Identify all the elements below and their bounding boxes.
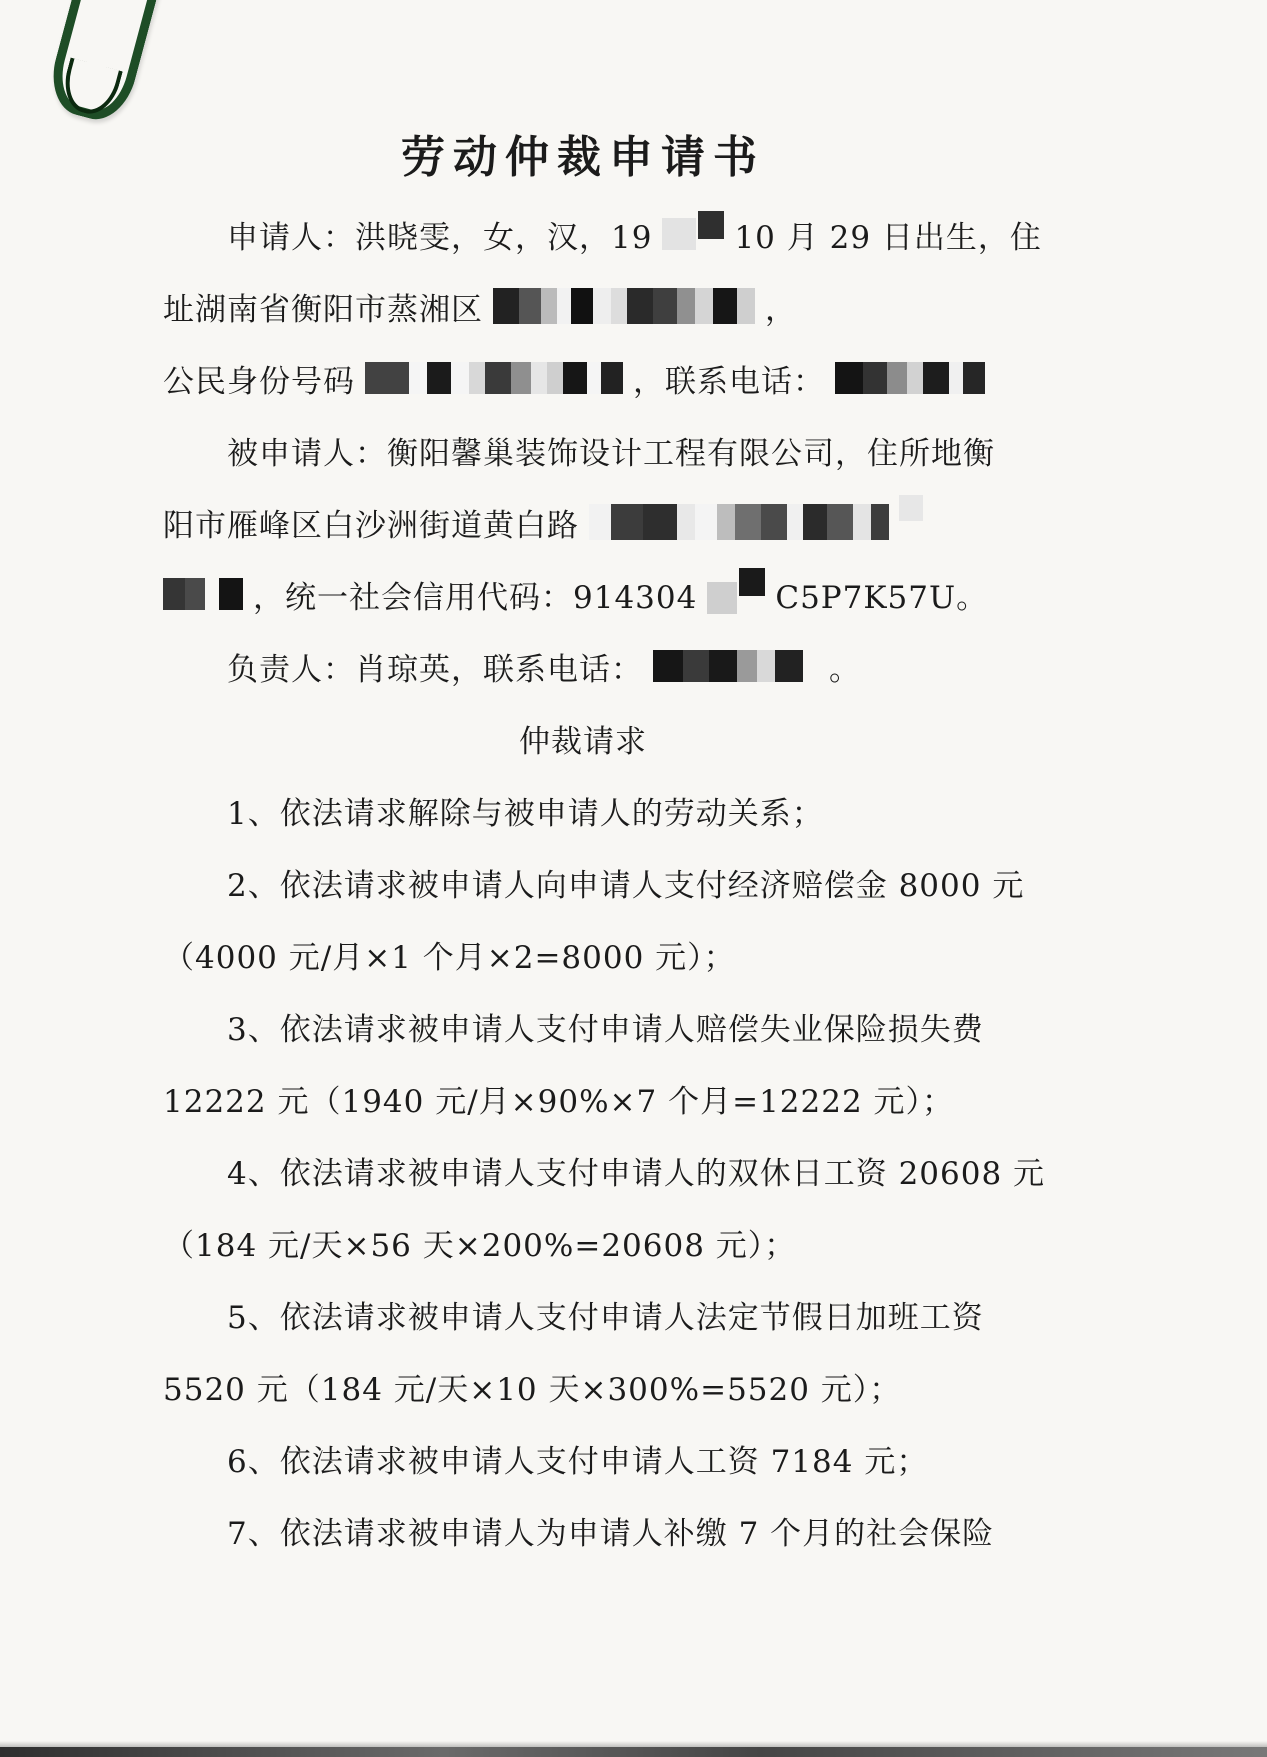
section-heading: 仲裁请求 — [163, 702, 1003, 774]
claim-4-line-1: 4、依法请求被申请人支付申请人的双休日工资 20608 元 — [163, 1134, 1003, 1206]
claim-text: 6、依法请求被申请人支付申请人工资 7184 元； — [227, 1436, 928, 1481]
text-segment: 申请人：洪晓雯，女，汉，19 — [227, 212, 652, 257]
claim-2-line-1: 2、依法请求被申请人向申请人支付经济赔偿金 8000 元 — [163, 846, 1003, 918]
redaction-company-address-block — [589, 504, 889, 540]
claim-4-line-2: （184 元/天×56 天×200%=20608 元）； — [163, 1206, 1003, 1278]
redaction-credit-code-block-light — [707, 582, 737, 614]
claim-1-line-1: 1、依法请求解除与被申请人的劳动关系； — [163, 774, 1003, 846]
redaction-birth-year-block-dark — [698, 211, 724, 239]
text-segment: 址湖南省衡阳市蒸湘区 — [163, 284, 483, 329]
scanned-document-page: 劳动仲裁申请书 申请人：洪晓雯，女，汉，19 10 月 29 日出生，住 址湖南… — [0, 0, 1267, 1757]
claim-6-line-1: 6、依法请求被申请人支付申请人工资 7184 元； — [163, 1422, 1003, 1494]
claim-text: 4、依法请求被申请人支付申请人的双休日工资 20608 元 — [227, 1148, 1045, 1193]
claim-2-line-2: （4000 元/月×1 个月×2=8000 元）； — [163, 918, 1003, 990]
claim-text: 7、依法请求被申请人为申请人补缴 7 个月的社会保险 — [227, 1508, 994, 1553]
section-heading-text: 仲裁请求 — [519, 716, 647, 761]
redaction-address-tail-block-dark — [219, 578, 243, 610]
text-segment: C5P7K57U。 — [775, 572, 988, 617]
claim-text: 5520 元（184 元/天×10 天×300%=5520 元）； — [163, 1364, 901, 1409]
respondent-line-2: 阳市雁峰区白沙洲街道黄白路 — [163, 486, 1003, 558]
text-segment: 负责人：肖琼英，联系电话： — [227, 644, 643, 689]
claim-text: 12222 元（1940 元/月×90%×7 个月=12222 元）； — [163, 1076, 954, 1121]
claim-5-line-2: 5520 元（184 元/天×10 天×300%=5520 元）； — [163, 1350, 1003, 1422]
redaction-address-block — [493, 288, 755, 324]
claim-7-line-1: 7、依法请求被申请人为申请人补缴 7 个月的社会保险 — [163, 1494, 1003, 1566]
claim-text: 1、依法请求解除与被申请人的劳动关系； — [227, 788, 824, 833]
applicant-line-2: 址湖南省衡阳市蒸湘区 ， — [163, 270, 1003, 342]
redaction-credit-code-block-dark — [739, 568, 765, 596]
applicant-line-1: 申请人：洪晓雯，女，汉，19 10 月 29 日出生，住 — [163, 198, 1003, 270]
document-title: 劳动仲裁申请书 — [163, 118, 1003, 188]
redaction-company-address-block-raised — [899, 495, 923, 521]
claim-text: （184 元/天×56 天×200%=20608 元）； — [163, 1220, 796, 1265]
claim-3-line-1: 3、依法请求被申请人支付申请人赔偿失业保险损失费 — [163, 990, 1003, 1062]
text-segment: ，统一社会信用代码：914304 — [253, 572, 697, 617]
applicant-line-3: 公民身份号码 ，联系电话： — [163, 342, 1003, 414]
redaction-principal-phone-block — [653, 650, 803, 682]
claim-5-line-1: 5、依法请求被申请人支付申请人法定节假日加班工资 — [163, 1278, 1003, 1350]
claim-3-line-2: 12222 元（1940 元/月×90%×7 个月=12222 元）； — [163, 1062, 1003, 1134]
text-segment: 。 — [829, 644, 861, 689]
text-segment: ，联系电话： — [633, 356, 825, 401]
claim-text: （4000 元/月×1 个月×2=8000 元）； — [163, 932, 736, 977]
text-segment: 公民身份号码 — [163, 356, 355, 401]
text-segment: ， — [765, 284, 797, 329]
scan-bottom-edge — [0, 1747, 1267, 1757]
redaction-address-tail-block — [163, 578, 205, 610]
text-segment: 被申请人：衡阳馨巢装饰设计工程有限公司，住所地衡 — [227, 428, 995, 473]
redaction-birth-year-block — [662, 218, 696, 250]
document-body: 劳动仲裁申请书 申请人：洪晓雯，女，汉，19 10 月 29 日出生，住 址湖南… — [0, 0, 1003, 1566]
claim-text: 2、依法请求被申请人向申请人支付经济赔偿金 8000 元 — [227, 860, 1024, 905]
redaction-phone-block — [835, 362, 985, 394]
text-segment: 阳市雁峰区白沙洲街道黄白路 — [163, 500, 579, 545]
redaction-id-number-block — [365, 362, 623, 394]
text-segment: 10 月 29 日出生，住 — [734, 212, 1041, 257]
principal-line: 负责人：肖琼英，联系电话： 。 — [163, 630, 1003, 702]
claim-text: 5、依法请求被申请人支付申请人法定节假日加班工资 — [227, 1292, 984, 1337]
respondent-line-1: 被申请人：衡阳馨巢装饰设计工程有限公司，住所地衡 — [163, 414, 1003, 486]
respondent-line-3: ，统一社会信用代码：914304 C5P7K57U。 — [163, 558, 1003, 630]
claim-text: 3、依法请求被申请人支付申请人赔偿失业保险损失费 — [227, 1004, 984, 1049]
